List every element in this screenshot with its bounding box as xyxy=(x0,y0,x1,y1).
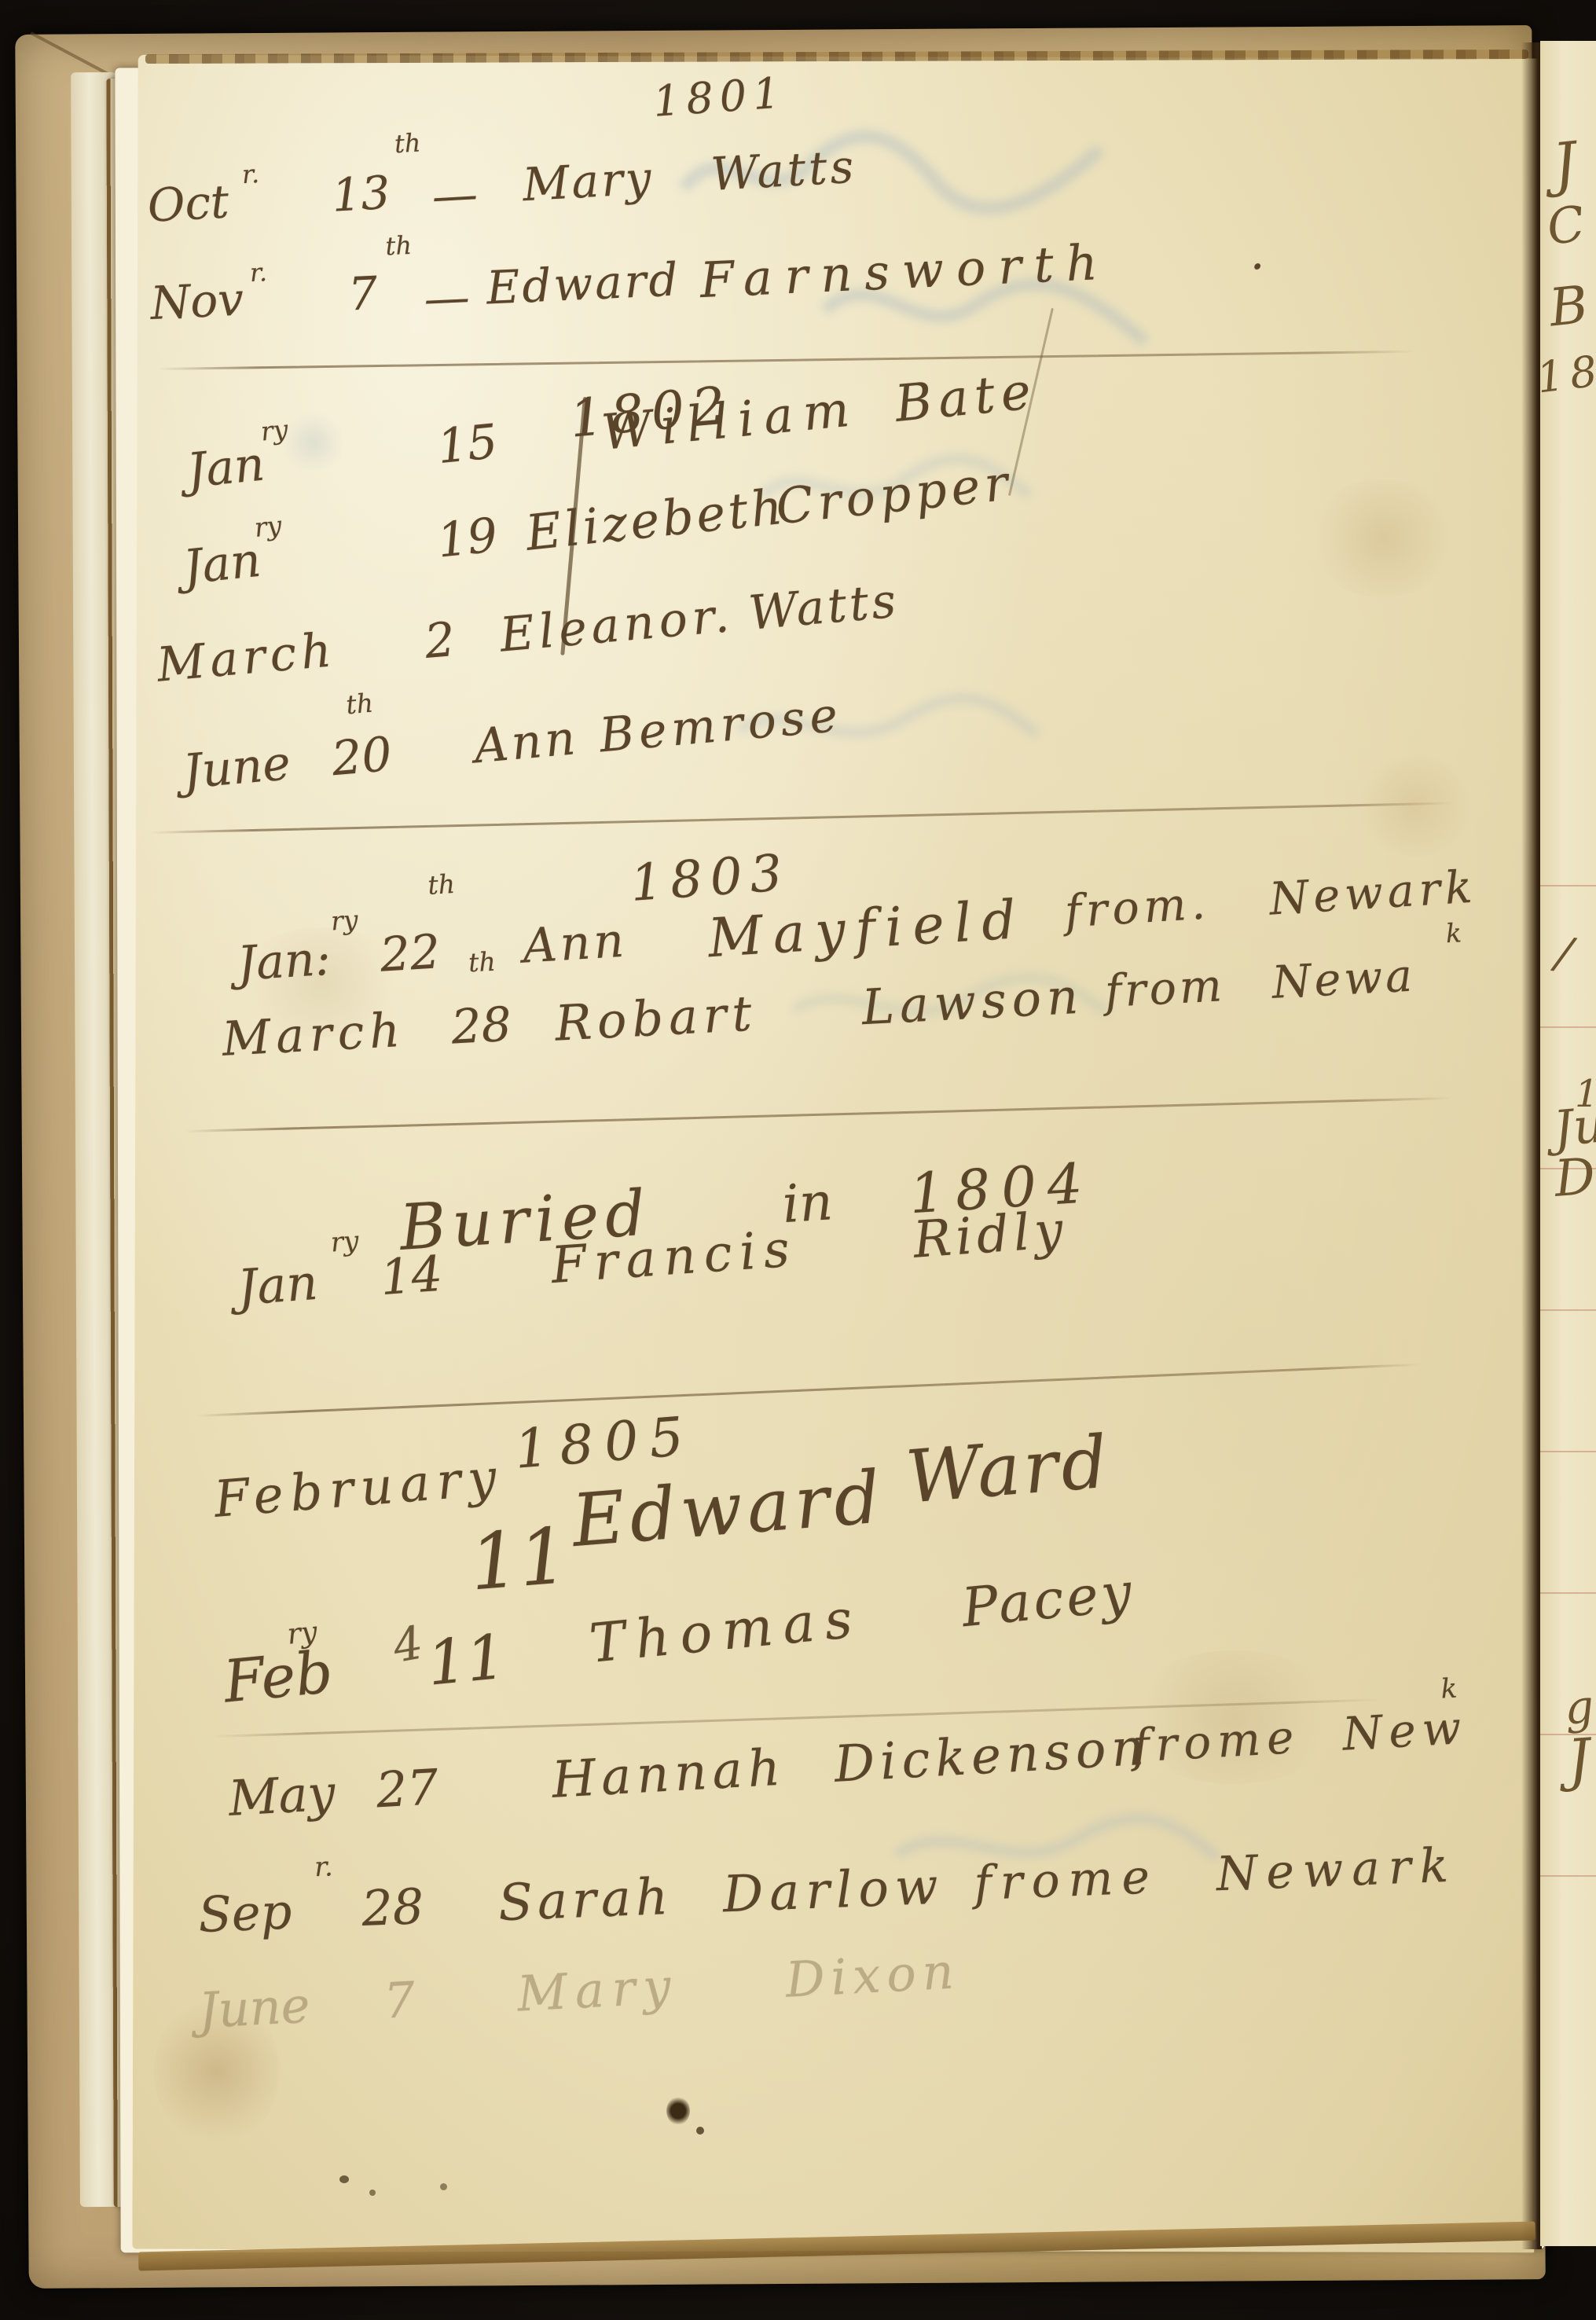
entry-month: Oct xyxy=(146,174,230,233)
entry-surname: Ward xyxy=(903,1419,1114,1519)
entry-surname: Watts xyxy=(710,140,858,201)
entry-day: 7 xyxy=(383,1971,416,2030)
entry-day: 28 xyxy=(361,1878,425,1937)
handwriting-fragment: B xyxy=(1546,274,1590,339)
entry-given-name: Ann xyxy=(472,710,581,774)
entry-month: Jan xyxy=(185,437,267,499)
entry-day-superscript: th xyxy=(345,688,375,721)
entry-month: June xyxy=(197,1977,311,2039)
handwriting-fragment: J xyxy=(1565,1726,1593,1793)
entry-dash: — xyxy=(431,167,479,223)
ink-speck xyxy=(339,2175,349,2183)
page-gutter-shadow xyxy=(1521,42,1542,2249)
entry-day: 22 xyxy=(379,924,442,983)
entry-month-superscript: r. xyxy=(314,1851,333,1883)
entry-month-superscript: r. xyxy=(249,257,268,288)
handwriting-fragment: 180 xyxy=(1540,342,1596,403)
entry-given-name: Ann xyxy=(521,913,629,975)
entry-month-superscript: ry xyxy=(330,905,359,937)
entry-month-superscript: ry xyxy=(259,413,289,446)
entry-day-superscript: th xyxy=(468,946,497,978)
entry-trailing-mark: . xyxy=(1249,226,1266,281)
entry-month: Sep xyxy=(197,1882,293,1944)
entry-month-superscript: r. xyxy=(241,159,260,189)
entry-day: 19 xyxy=(435,508,500,569)
handwriting-fragment: / xyxy=(1553,927,1576,980)
entry-day-superscript: th xyxy=(385,230,413,261)
ruled-line xyxy=(1540,1309,1596,1311)
ruled-line xyxy=(1540,885,1596,887)
entry-month: June xyxy=(181,736,292,800)
entry-given-name: Mary xyxy=(515,1957,680,2023)
entry-given-name: Hannah xyxy=(550,1738,787,1810)
entry-day: 28 xyxy=(450,997,513,1055)
entry-surname: Darlow xyxy=(722,1858,945,1925)
ink-speck xyxy=(369,2190,376,2196)
ink-blot xyxy=(666,2097,690,2125)
entry-month: Jan: xyxy=(236,931,332,992)
entry-given-name: Sarah xyxy=(497,1868,674,1933)
year-heading: 1803 xyxy=(629,844,792,913)
entry-day-superscript: th xyxy=(394,127,421,159)
entry-month-superscript: ry xyxy=(329,1225,359,1258)
entry-day: 27 xyxy=(375,1758,440,1819)
entry-surname: Lawson xyxy=(860,967,1085,1037)
entry-given-name: Edward xyxy=(486,252,681,314)
entry-surname: Bate xyxy=(893,362,1040,434)
entry-day: 15 xyxy=(435,414,501,475)
entry-dash: — xyxy=(423,270,471,326)
entry-month-superscript: ry xyxy=(286,1614,319,1650)
entry-surname: Ridly xyxy=(912,1201,1070,1270)
foxing-stain xyxy=(1304,479,1462,597)
entry-month: March xyxy=(221,1003,406,1067)
entry-given-name: Mary xyxy=(521,151,655,211)
entry-day-superscript: th xyxy=(427,868,456,901)
right-page-sliver: J C B 180 / 1 Ju D g J xyxy=(1540,41,1596,2246)
entry-day: 20 xyxy=(329,727,394,787)
ruled-line xyxy=(1540,1026,1596,1028)
entry-origin-superscript: k xyxy=(1445,917,1462,949)
handwriting-fragment: D xyxy=(1553,1147,1596,1208)
entry-given-name: Edward xyxy=(569,1455,888,1563)
ruled-line xyxy=(1540,1875,1596,1877)
entry-month: Nov xyxy=(149,273,244,330)
book-photo-stage: 1801 Oct r. 13 th — Mary Watts Nov r. 7 … xyxy=(0,0,1596,2320)
entry-given-name: Robart xyxy=(553,984,758,1052)
entry-day: 11 xyxy=(467,1511,571,1608)
entry-origin-superscript: k xyxy=(1440,1672,1458,1705)
ruled-line xyxy=(1540,1592,1596,1594)
entry-day: 7 xyxy=(347,266,379,321)
entry-month: May xyxy=(227,1764,336,1826)
ink-speck xyxy=(440,2183,447,2190)
entry-day: 2 xyxy=(423,612,457,670)
entry-surname: Dixon xyxy=(784,1942,961,2009)
entry-day: 14 xyxy=(379,1245,445,1306)
entry-month: Feb xyxy=(221,1639,336,1716)
entry-day: 13 xyxy=(331,166,391,222)
ruled-line xyxy=(1540,1451,1596,1452)
entry-month: Jan xyxy=(236,1254,320,1316)
year-heading: 1801 xyxy=(651,68,787,127)
entry-month: Jan xyxy=(181,533,263,596)
entry-day: 11 xyxy=(424,1622,508,1700)
ink-speck xyxy=(696,2127,704,2135)
handwriting-fragment: C xyxy=(1543,194,1588,256)
entry-month-superscript: ry xyxy=(253,510,283,543)
handwriting-fragment: J xyxy=(1550,130,1579,200)
